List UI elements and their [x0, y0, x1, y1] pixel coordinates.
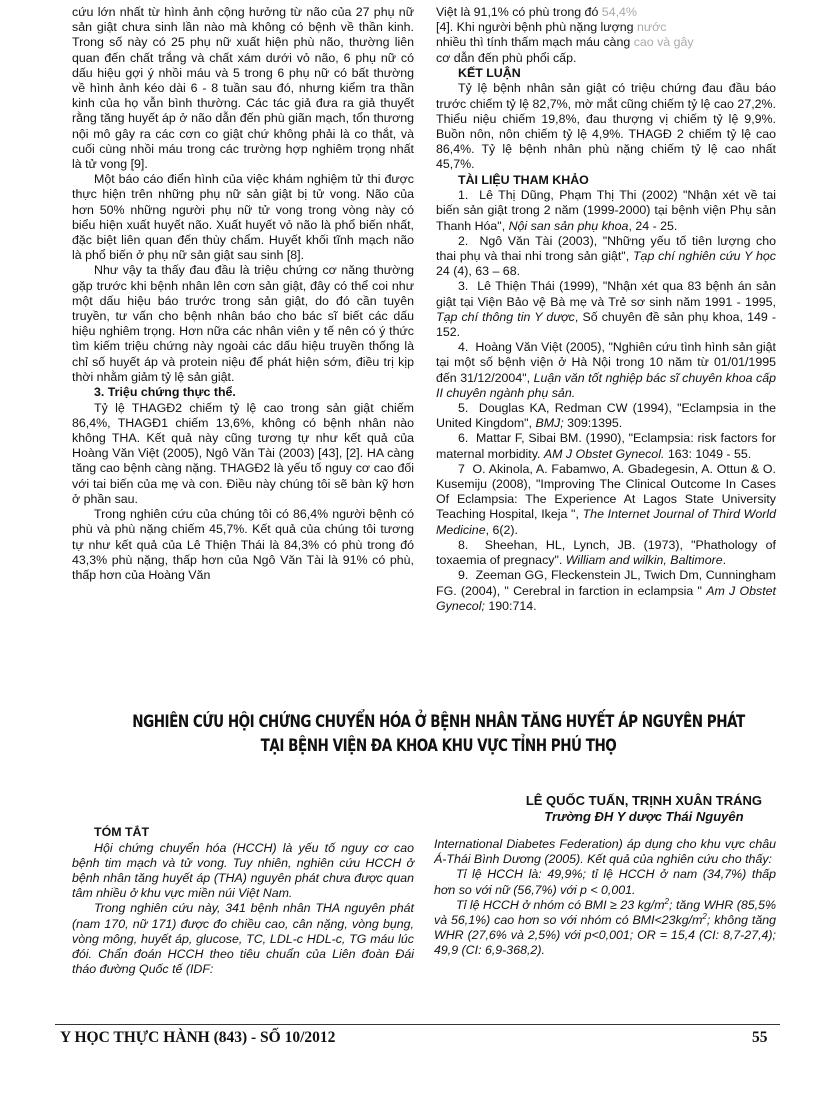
abstract-paragraph: Trong nghiên cứu này, 341 bệnh nhân THA … — [72, 901, 414, 977]
reference-item: 9. Zeeman GG, Fleckenstein JL, Twich Dm,… — [436, 568, 776, 614]
author-names: LÊ QUỐC TUẤN, TRỊNH XUÂN TRÁNG — [526, 793, 762, 809]
page-number: 55 — [752, 1029, 768, 1047]
footer-journal-name: Y HỌC THỰC HÀNH (843) - SỐ 10/2012 — [60, 1029, 335, 1047]
left-column: cứu lớn nhất từ hình ảnh cộng hưởng từ n… — [72, 5, 414, 583]
conclusion-paragraph: Tỷ lệ bệnh nhân sản giật có triệu chứng … — [436, 81, 776, 172]
reference-item: 1. Lê Thị Dũng, Phạm Thị Thi (2002) "Nhậ… — [436, 188, 776, 234]
article-title-line-1: NGHIÊN CỨU HỘI CHỨNG CHUYỂN HÓA Ở BỆNH N… — [112, 710, 766, 734]
reference-item: 5. Douglas KA, Redman CW (1994), "Eclamp… — [436, 401, 776, 431]
abstract-left-column: TÓM TẮT Hội chứng chuyển hóa (HCCH) là y… — [72, 825, 414, 977]
article-title-line-2: TẠI BỆNH VIỆN ĐA KHOA KHU VỰC TỈNH PHÚ T… — [112, 734, 766, 758]
conclusion-heading: KẾT LUẬN — [436, 66, 776, 82]
reference-item: 7 O. Akinola, A. Fabamwo, A. Gbadegesin,… — [436, 462, 776, 538]
abstract-heading: TÓM TẮT — [72, 825, 414, 841]
body-paragraph: Tỷ lệ THAGĐ2 chiếm tỷ lệ cao trong sản g… — [72, 401, 414, 507]
references-list: 1. Lê Thị Dũng, Phạm Thị Thi (2002) "Nhậ… — [436, 188, 776, 614]
footer-divider — [55, 1024, 780, 1025]
body-paragraph: Như vậy ta thấy đau đầu là triệu chứng c… — [72, 263, 414, 385]
author-block: LÊ QUỐC TUẤN, TRỊNH XUÂN TRÁNG Trường ĐH… — [526, 793, 762, 825]
article-title: NGHIÊN CỨU HỘI CHỨNG CHUYỂN HÓA Ở BỆNH N… — [112, 710, 766, 758]
reference-item: 4. Hoàng Văn Việt (2005), "Nghiên cứu tì… — [436, 340, 776, 401]
reference-item: 8. Sheehan, HL, Lynch, JB. (1973), "Phat… — [436, 538, 776, 568]
abstract-paragraph: International Diabetes Federation) áp dụ… — [434, 837, 776, 867]
reference-item: 6. Mattar F, Sibai BM. (1990), "Eclampsi… — [436, 431, 776, 461]
continuation-line: cơ dẫn đến phù phổi cấp. — [436, 51, 776, 66]
abstract-paragraph: Tỉ lệ HCCH là: 49,9%; tỉ lệ HCCH ở nam (… — [434, 867, 776, 897]
abstract-right-column: International Diabetes Federation) áp dụ… — [434, 837, 776, 959]
body-paragraph: Trong nghiên cứu của chúng tôi có 86,4% … — [72, 507, 414, 583]
continuation-line: nhiều thì tính thấm mạch máu càng cao và… — [436, 35, 776, 50]
continuation-line: [4]. Khi người bệnh phù nặng lượng nước — [436, 20, 776, 35]
author-affiliation: Trường ĐH Y dược Thái Nguyên — [526, 809, 762, 825]
abstract-paragraph: Hội chứng chuyển hóa (HCCH) là yếu tố ng… — [72, 841, 414, 902]
abstract-paragraph: Tỉ lệ HCCH ở nhóm có BMI ≥ 23 kg/m2; tăn… — [434, 898, 776, 959]
references-heading: TÀI LIỆU THAM KHẢO — [436, 173, 776, 189]
reference-item: 2. Ngô Văn Tài (2003), "Những yếu tố tiê… — [436, 234, 776, 280]
section-heading: 3. Triệu chứng thực thể. — [72, 385, 414, 401]
reference-item: 3. Lê Thiện Thái (1999), "Nhận xét qua 8… — [436, 279, 776, 340]
continuation-line: Việt là 91,1% có phù trong đó 54,4% — [436, 5, 776, 20]
right-column: Việt là 91,1% có phù trong đó 54,4% [4].… — [436, 5, 776, 614]
body-paragraph: cứu lớn nhất từ hình ảnh cộng hưởng từ n… — [72, 5, 414, 172]
body-paragraph: Một báo cáo điển hình của việc khám nghi… — [72, 172, 414, 263]
